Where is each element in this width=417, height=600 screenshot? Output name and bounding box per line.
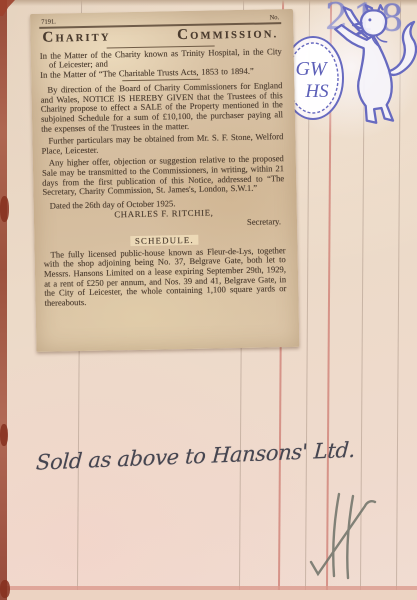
headline-word-charity: CHARITY [42,29,111,46]
edge-stain [0,580,10,598]
binding-edge [0,0,7,600]
gwhs-lion-watermark-icon: GW HS [284,0,417,133]
notice-paragraph: By direction of the Board of Charity Com… [40,81,283,134]
headline-word-commission: COMMISSION. [177,26,279,44]
schedule-title-text: SCHEDULE. [130,235,199,246]
edge-stain [0,424,8,446]
lion-icon [335,5,416,123]
divider-rule [122,79,200,81]
watermark-initials-top: GW [295,58,328,80]
pencil-monogram-icon [303,486,381,584]
clipping-headline: CHARITY COMMISSION. [39,26,281,47]
watermark-initials-bottom: HS [304,81,329,102]
clipping-ref-number: 7191. [41,19,56,26]
page-bottom-edge [0,590,417,600]
schedule-paragraph: The fully licensed public-house known as… [44,246,287,308]
ledger-page: 218 GW HS 7191. No. [0,0,417,600]
particulars-paragraph: Further particulars may be obtained from… [41,132,283,156]
newspaper-clipping: 7191. No. CHARITY COMMISSION. In the Mat… [30,9,299,352]
edge-stain [0,196,9,222]
offers-paragraph: Any higher offer, objection or suggestio… [42,155,285,198]
clipping-no-label: No. [269,14,279,21]
